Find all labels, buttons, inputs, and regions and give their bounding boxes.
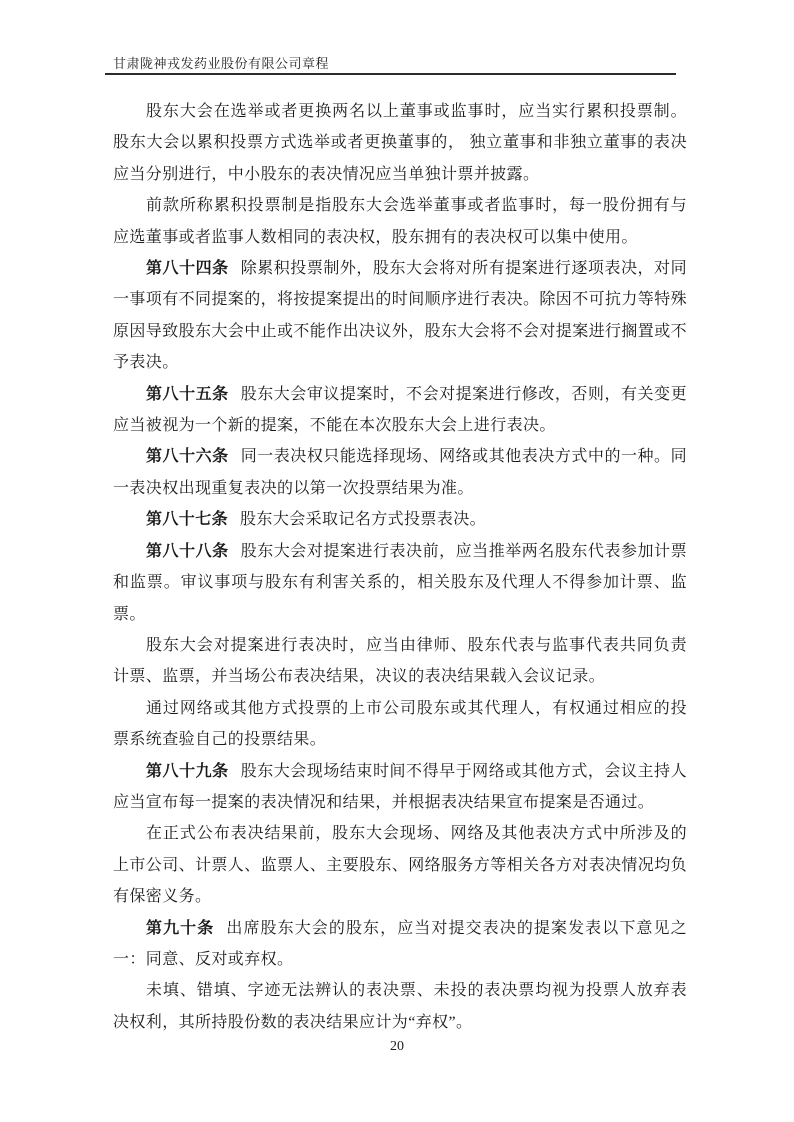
paragraph-text: 股东大会采取记名方式投票表决。 — [240, 511, 486, 528]
paragraph: 未填、错填、字迹无法辨认的表决票、未投的表决票均视为投票人放弃表决权利，其所持股… — [113, 975, 687, 1038]
article-number: 第九十条 — [146, 920, 214, 937]
paragraph-text: 前款所称累积投票制是指股东大会选举董事或者监事时，每一股份拥有与应选董事或者监事… — [113, 197, 687, 245]
paragraph-text: 在正式公布表决结果前，股东大会现场、网络及其他表决方式中所涉及的上市公司、计票人… — [113, 825, 687, 905]
paragraph: 通过网络或其他方式投票的上市公司股东或其代理人，有权通过相应的投票系统查验自己的… — [113, 693, 687, 756]
paragraph-text: 未填、错填、字迹无法辨认的表决票、未投的表决票均视为投票人放弃表决权利，其所持股… — [113, 982, 687, 1030]
paragraph: 前款所称累积投票制是指股东大会选举董事或者监事时，每一股份拥有与应选董事或者监事… — [113, 190, 687, 253]
header-rule — [105, 73, 676, 75]
article-number: 第八十四条 — [146, 260, 229, 277]
article-number: 第八十六条 — [146, 448, 229, 465]
article-number: 第八十五条 — [146, 386, 229, 403]
paragraph-text: 股东大会在选举或者更换两名以上董事或监事时，应当实行累积投票制。股东大会以累积投… — [113, 103, 687, 183]
paragraph: 第八十九条股东大会现场结束时间不得早于网络或其他方式，会议主持人应当宣布每一提案… — [113, 756, 687, 819]
paragraph: 股东大会对提案进行表决时，应当由律师、股东代表与监事代表共同负责计票、监票，并当… — [113, 630, 687, 693]
article-number: 第八十七条 — [146, 511, 228, 528]
article-number: 第八十九条 — [146, 763, 229, 780]
paragraph: 第八十六条同一表决权只能选择现场、网络或其他表决方式中的一种。同一表决权出现重复… — [113, 441, 687, 504]
document-body: 股东大会在选举或者更换两名以上董事或监事时，应当实行累积投票制。股东大会以累积投… — [113, 96, 687, 1038]
paragraph: 股东大会在选举或者更换两名以上董事或监事时，应当实行累积投票制。股东大会以累积投… — [113, 96, 687, 190]
paragraph: 第八十八条股东大会对提案进行表决前，应当推举两名股东代表参加计票和监票。审议事项… — [113, 536, 687, 630]
page-number: 20 — [0, 1039, 794, 1055]
paragraph: 第八十五条股东大会审议提案时，不会对提案进行修改，否则，有关变更应当被视为一个新… — [113, 379, 687, 442]
paragraph: 第九十条出席股东大会的股东，应当对提交表决的提案发表以下意见之一：同意、反对或弃… — [113, 913, 687, 976]
paragraph: 第八十七条股东大会采取记名方式投票表决。 — [113, 504, 687, 535]
paragraph-text: 通过网络或其他方式投票的上市公司股东或其代理人，有权通过相应的投票系统查验自己的… — [113, 700, 687, 748]
paragraph: 第八十四条除累积投票制外，股东大会将对所有提案进行逐项表决，对同一事项有不同提案… — [113, 253, 687, 379]
paragraph-text: 股东大会对提案进行表决时，应当由律师、股东代表与监事代表共同负责计票、监票，并当… — [113, 637, 687, 685]
header-title: 甘肃陇神戎发药业股份有限公司章程 — [113, 53, 329, 72]
article-number: 第八十八条 — [146, 543, 229, 560]
paragraph: 在正式公布表决结果前，股东大会现场、网络及其他表决方式中所涉及的上市公司、计票人… — [113, 818, 687, 912]
document-page: 甘肃陇神戎发药业股份有限公司章程 股东大会在选举或者更换两名以上董事或监事时，应… — [0, 0, 794, 1122]
